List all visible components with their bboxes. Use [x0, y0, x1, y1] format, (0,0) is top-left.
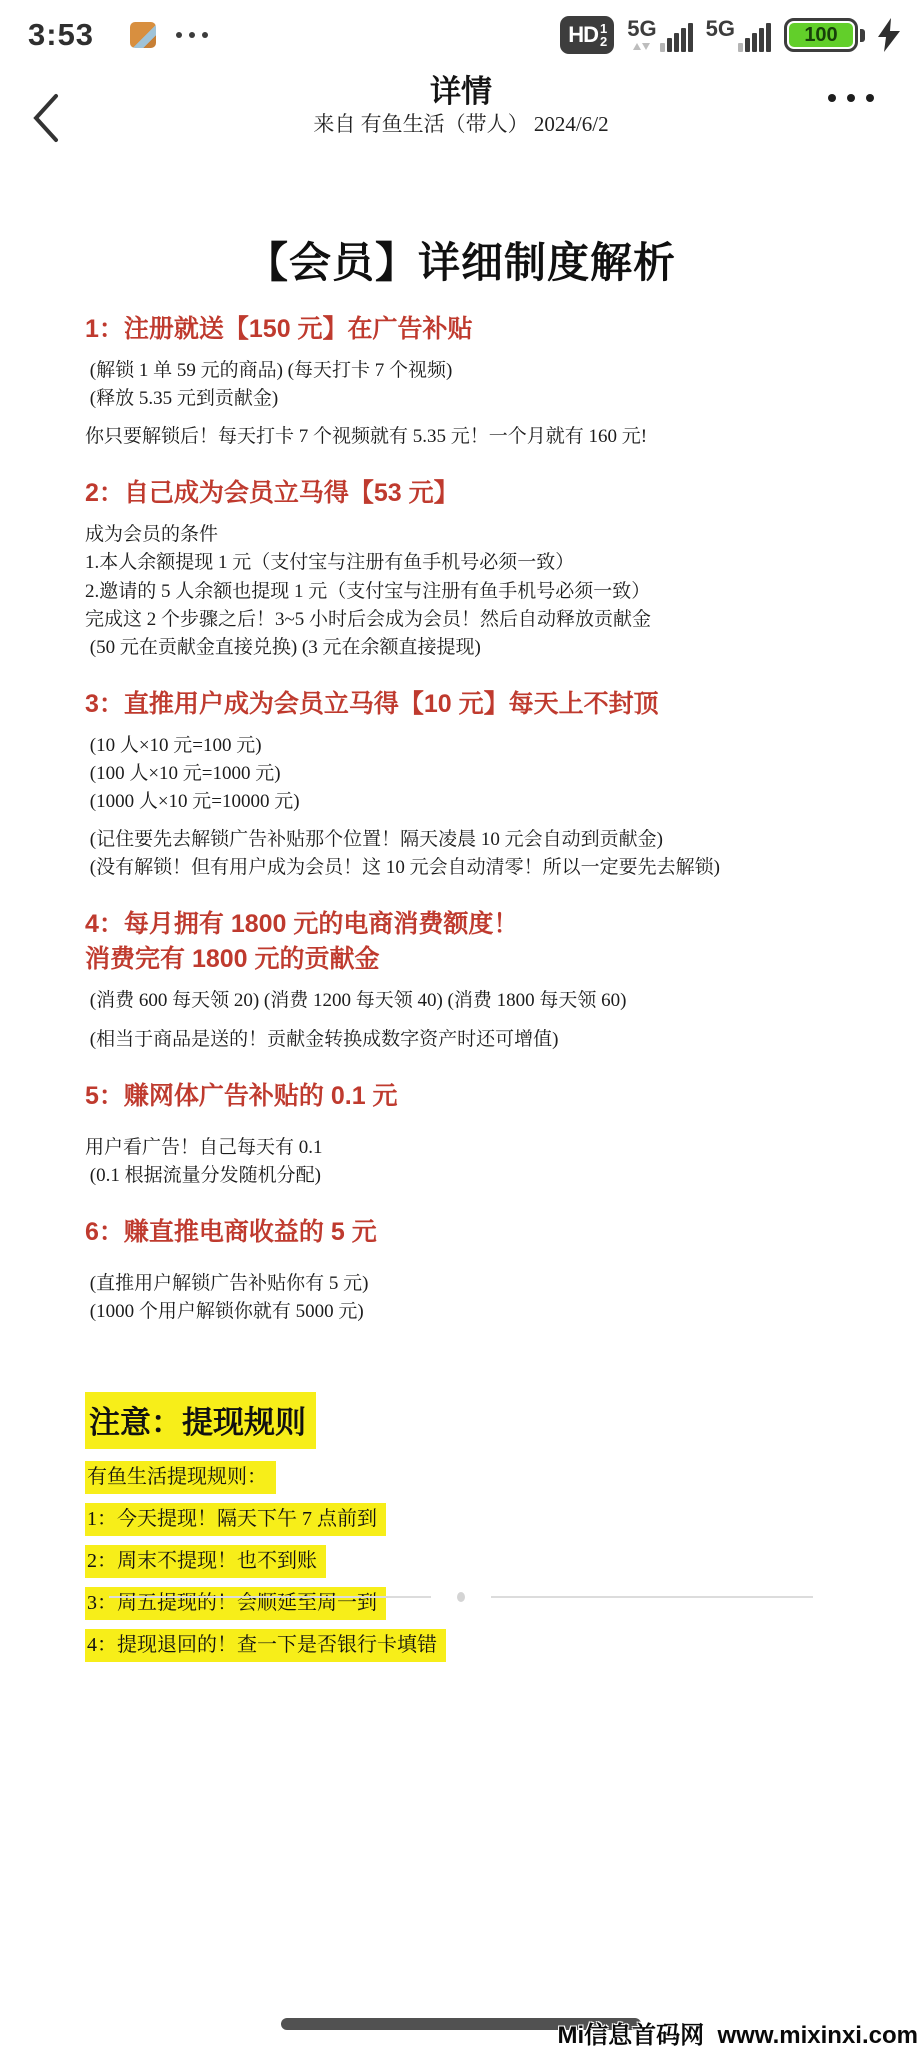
body-line: 1.本人余额提现 1 元（支付宝与注册有鱼手机号必须一致） [85, 549, 884, 577]
section-heading: 6：赚直推电商收益的 5 元 [85, 1215, 884, 1250]
section-1: 1：注册就送【150 元】在广告补贴 (解锁 1 单 59 元的商品) (每天打… [85, 312, 884, 451]
charging-bolt-icon [878, 18, 900, 52]
body-line: (没有解锁！但有用户成为会员！这 10 元会自动清零！所以一定要先去解锁) [85, 854, 884, 882]
battery-icon: 100 [784, 18, 865, 52]
volte-hd-icon: HD 1 2 [560, 16, 614, 54]
body-line: 2.邀请的 5 人余额也提现 1 元（支付宝与注册有鱼手机号必须一致） [85, 578, 884, 606]
body-line: 用户看广告！自己每天有 0.1 [85, 1134, 884, 1162]
notification-thumbnail-icon [130, 22, 156, 48]
section-heading-line2: 消费完有 1800 元的贡献金 [85, 942, 884, 977]
status-bar: 3:53 HD 1 2 5G 5G [28, 12, 900, 58]
section-4: 4：每月拥有 1800 元的电商消费额度！ 消费完有 1800 元的贡献金 (消… [85, 907, 884, 1053]
more-notifications-icon [176, 32, 208, 38]
section-heading: 5：赚网体广告补贴的 0.1 元 [85, 1079, 884, 1114]
body-line: 完成这 2 个步骤之后！3~5 小时后会成为会员！然后自动释放贡献金 [85, 606, 884, 634]
body-line: 成为会员的条件 [85, 521, 884, 549]
section-6: 6：赚直推电商收益的 5 元 (直推用户解锁广告补贴你有 5 元) (1000 … [85, 1215, 884, 1326]
body-line: (记住要先去解锁广告补贴那个位置！隔天凌晨 10 元会自动到贡献金) [85, 826, 884, 854]
body-line: (1000 个用户解锁你就有 5000 元) [85, 1298, 884, 1326]
content-divider [0, 1591, 922, 1603]
body-line: 你只要解锁后！每天打卡 7 个视频就有 5.35 元！一个月就有 160 元! [85, 423, 884, 451]
section-heading: 4：每月拥有 1800 元的电商消费额度！ [85, 907, 884, 942]
page-subtitle: 来自 有鱼生活（带人） 2024/6/2 [0, 108, 922, 138]
document-content: 1：注册就送【150 元】在广告补贴 (解锁 1 单 59 元的商品) (每天打… [85, 312, 884, 1671]
battery-level: 100 [789, 23, 853, 47]
section-3: 3：直推用户成为会员立马得【10 元】每天上不封顶 (10 人×10 元=100… [85, 687, 884, 883]
document-title: 【会员】详细制度解析 [0, 230, 922, 290]
signal-sim1-icon: 5G [627, 18, 692, 52]
clock: 3:53 [28, 17, 94, 53]
divider-dot-icon [457, 1592, 465, 1602]
more-options-button[interactable] [822, 88, 880, 108]
header: 详情 来自 有鱼生活（带人） 2024/6/2 [0, 60, 922, 150]
notice-line: 4：提现退回的！查一下是否银行卡填错 [85, 1629, 884, 1662]
status-bar-right: HD 1 2 5G 5G 100 [560, 16, 900, 54]
body-line: (0.1 根据流量分发随机分配) [85, 1162, 884, 1190]
body-line: (直推用户解锁广告补贴你有 5 元) [85, 1270, 884, 1298]
body-line: (相当于商品是送的！贡献金转换成数字资产时还可增值) [85, 1026, 884, 1054]
body-line: (100 人×10 元=1000 元) [85, 760, 884, 788]
section-heading: 2：自己成为会员立马得【53 元】 [85, 476, 884, 511]
section-heading: 3：直推用户成为会员立马得【10 元】每天上不封顶 [85, 687, 884, 722]
body-line: (释放 5.35 元到贡献金) [85, 385, 884, 413]
section-heading: 1：注册就送【150 元】在广告补贴 [85, 312, 884, 347]
section-2: 2：自己成为会员立马得【53 元】 成为会员的条件 1.本人余额提现 1 元（支… [85, 476, 884, 662]
body-line: (解锁 1 单 59 元的商品) (每天打卡 7 个视频) [85, 357, 884, 385]
body-line: (50 元在贡献金直接兑换) (3 元在余额直接提现) [85, 634, 884, 662]
notice-line: 有鱼生活提现规则： [85, 1461, 884, 1494]
section-5: 5：赚网体广告补贴的 0.1 元 用户看广告！自己每天有 0.1 (0.1 根据… [85, 1079, 884, 1190]
notice-line: 2：周末不提现！也不到账 [85, 1545, 884, 1578]
withdrawal-notice: 注意：提现规则 有鱼生活提现规则： 1：今天提现！隔天下午 7 点前到 2：周末… [85, 1392, 884, 1662]
page-title: 详情 [0, 66, 922, 111]
body-line: (1000 人×10 元=10000 元) [85, 788, 884, 816]
watermark: Mi信息首码网 www.mixinxi.com [558, 2015, 919, 2048]
signal-sim2-icon: 5G [706, 18, 771, 52]
notice-line: 1：今天提现！隔天下午 7 点前到 [85, 1503, 884, 1536]
body-line: (消费 600 每天领 20) (消费 1200 每天领 40) (消费 180… [85, 987, 884, 1015]
notice-title: 注意：提现规则 [85, 1392, 316, 1449]
app-screen: 3:53 HD 1 2 5G 5G [0, 0, 922, 2048]
body-line: (10 人×10 元=100 元) [85, 732, 884, 760]
